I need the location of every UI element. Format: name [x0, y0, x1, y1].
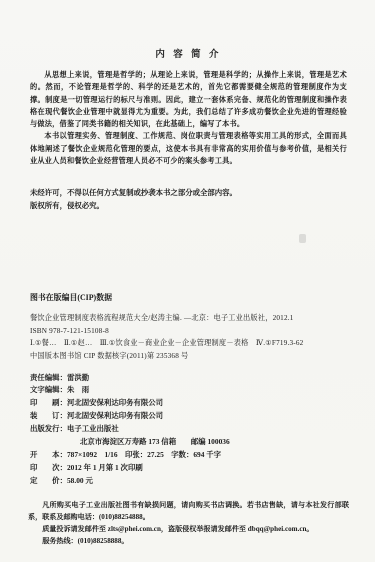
content-summary-title: 内 容 简 介: [30, 46, 347, 60]
row-value: 电子工业出版社: [67, 424, 119, 433]
row-label: 印 刷：: [30, 398, 67, 407]
cip-isbn-line: ISBN 978-7-121-15108-8: [30, 325, 345, 338]
row-label: 开 本：: [30, 450, 67, 459]
publication-info-section: 责任编辑：雷洪勤 文字编辑：朱 雨 印 刷：河北固安保利达印务有限公司 装 订：…: [30, 372, 345, 488]
publication-row-editor: 责任编辑：雷洪勤: [30, 372, 345, 385]
row-label: 装 订：: [30, 411, 67, 420]
row-value: 朱 雨: [67, 385, 89, 394]
book-copyright-page: 内 容 简 介 从思想上来说，管理是哲学的；从理论上来说，管理是科学的；从操作上…: [0, 0, 375, 562]
cip-record-number-line: 中国版本图书馆 CIP 数据核字(2011)第 235368 号: [30, 350, 345, 363]
row-label: 出版发行：: [30, 424, 67, 433]
row-label: 印 次：: [30, 463, 67, 472]
row-value: 58.00 元: [67, 476, 93, 485]
publication-row-print-run: 印 次：2012 年 1 月第 1 次印刷: [30, 462, 345, 475]
row-label: 文字编辑：: [30, 385, 67, 394]
content-summary-paragraph-2: 本书以管理实务、管理制度、工作规范、岗位职责与管理表格等实用工具的形式，全面而具…: [30, 130, 347, 167]
row-value: 2012 年 1 月第 1 次印刷: [67, 463, 143, 472]
row-value: 787×1092 1/16 印张：27.25 字数：694 千字: [67, 450, 221, 459]
service-hotline-note: 服务热线：(010)88258888。: [28, 535, 349, 547]
scan-smudge: [299, 234, 306, 243]
cip-classification-line: Ⅰ.①餐… Ⅱ.①赵… Ⅲ.①饮食业－商业企业－企业管理制度－表格 Ⅳ.①F71…: [30, 337, 345, 350]
cip-heading: 图书在版编目(CIP)数据: [30, 292, 345, 303]
content-summary-section: 内 容 简 介 从思想上来说，管理是哲学的；从理论上来说，管理是科学的；从操作上…: [0, 0, 375, 167]
exchange-note: 凡所购买电子工业出版社图书有缺损问题，请向购买书店调换。若书店售缺，请与本社发行…: [28, 499, 349, 523]
complaint-email-note: 质量投诉请发邮件至 zlts@phei.com.cn，盗版侵权举报请发邮件至 d…: [28, 523, 349, 535]
publication-row-address: 北京市海淀区万寿路 173 信箱 邮编 100036: [30, 436, 345, 449]
publication-row-price: 定 价：58.00 元: [30, 475, 345, 488]
row-value: 雷洪勤: [67, 373, 89, 382]
cip-title-line: 餐饮企业管理制度表格流程规范大全/赵涛主编. —北京：电子工业出版社，2012.…: [30, 312, 345, 325]
copyright-notice-line-2: 版权所有，侵权必究。: [30, 200, 345, 212]
row-label: 责任编辑：: [30, 373, 67, 382]
copyright-notice-line-1: 未经许可，不得以任何方式复制或抄袭本书之部分或全部内容。: [30, 187, 345, 199]
row-value: 河北固安保利达印务有限公司: [67, 411, 163, 420]
publication-row-printer: 印 刷：河北固安保利达印务有限公司: [30, 397, 345, 410]
publication-row-publisher: 出版发行：电子工业出版社: [30, 423, 345, 436]
row-label: 定 价：: [30, 476, 67, 485]
row-value: 河北固安保利达印务有限公司: [67, 398, 163, 407]
publication-row-format: 开 本：787×1092 1/16 印张：27.25 字数：694 千字: [30, 449, 345, 462]
row-value: 北京市海淀区万寿路 173 信箱 邮编 100036: [80, 437, 230, 446]
publication-row-binder: 装 订：河北固安保利达印务有限公司: [30, 410, 345, 423]
content-summary-paragraph-1: 从思想上来说，管理是哲学的；从理论上来说，管理是科学的；从操作上来说，管理是艺术…: [30, 69, 347, 130]
publication-row-text-editor: 文字编辑：朱 雨: [30, 384, 345, 397]
service-note-section: 凡所购买电子工业出版社图书有缺损问题，请向购买书店调换。若书店售缺，请与本社发行…: [28, 499, 349, 548]
copyright-notice: 未经许可，不得以任何方式复制或抄袭本书之部分或全部内容。 版权所有，侵权必究。: [30, 187, 345, 212]
cip-data-section: 图书在版编目(CIP)数据 餐饮企业管理制度表格流程规范大全/赵涛主编. —北京…: [30, 292, 345, 362]
